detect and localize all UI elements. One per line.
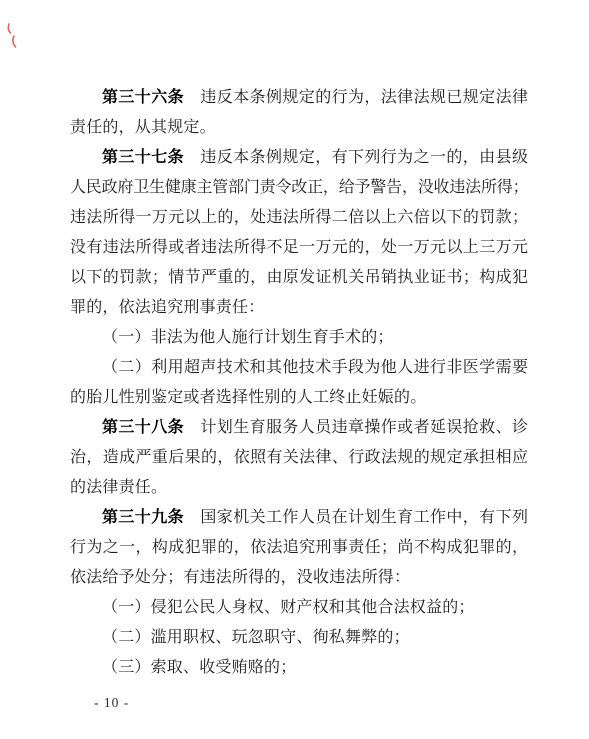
scanned-document-page: 第三十六条 违反本条例规定的行为，法律法规已规定法律责任的，从其规定。第三十七条… [0, 0, 589, 739]
text-line: （一）非法为他人施行计划生育手术的； [70, 323, 528, 353]
page-number: - 10 - [94, 694, 129, 712]
text-line: 治，造成严重后果的，依照有关法律、行政法规的规定承担相应 [70, 443, 528, 473]
text-line: 行为之一，构成犯罪的，依法追究刑事责任；尚不构成犯罪的， [70, 533, 528, 563]
text-line: 依法给予处分；有违法所得的，没收违法所得： [70, 563, 528, 593]
text-line: （三）索取、收受贿赂的； [70, 653, 528, 683]
article-heading-line: 第三十九条 国家机关工作人员在计划生育工作中，有下列 [70, 503, 528, 533]
text-line: （一）侵犯公民人身权、财产权和其他合法权益的； [70, 593, 528, 623]
article-heading-line: 第三十八条 计划生育服务人员违章操作或者延误抢救、诊 [70, 413, 528, 443]
text-line: 违法所得一万元以上的，处违法所得二倍以上六倍以下的罚款； [70, 203, 528, 233]
text-line: 没有违法所得或者违法所得不足一万元的，处一万元以上三万元 [70, 233, 528, 263]
document-text-block: 第三十六条 违反本条例规定的行为，法律法规已规定法律责任的，从其规定。第三十七条… [70, 83, 528, 683]
article-number: 第三十八条 [102, 419, 184, 436]
article-number: 第三十七条 [102, 149, 184, 166]
text-line: 责任的，从其规定。 [70, 113, 528, 143]
article-heading-line: 第三十七条 违反本条例规定，有下列行为之一的，由县级 [70, 143, 528, 173]
text-line: 的胎儿性别鉴定或者选择性别的人工终止妊娠的。 [70, 383, 528, 413]
text-line: （二）滥用职权、玩忽职守、徇私舞弊的； [70, 623, 528, 653]
text-line: 以下的罚款；情节严重的，由原发证机关吊销执业证书；构成犯 [70, 263, 528, 293]
article-number: 第三十六条 [102, 89, 184, 106]
text-line: （二）利用超声技术和其他技术手段为他人进行非医学需要 [70, 353, 528, 383]
text-line: 罪的，依法追究刑事责任： [70, 293, 528, 323]
text-line: 的法律责任。 [70, 473, 528, 503]
article-heading-line: 第三十六条 违反本条例规定的行为，法律法规已规定法律 [70, 83, 528, 113]
text-line: 人民政府卫生健康主管部门责令改正，给予警告，没收违法所得； [70, 173, 528, 203]
article-number: 第三十九条 [102, 509, 184, 526]
red-pen-mark [5, 22, 21, 50]
